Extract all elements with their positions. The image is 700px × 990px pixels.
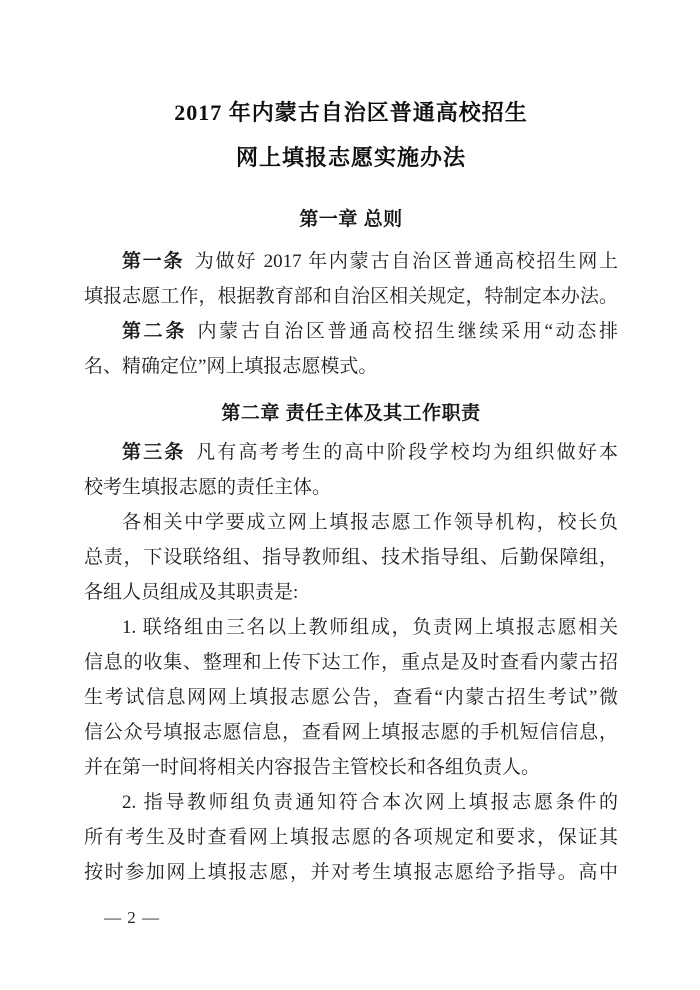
paragraph-line: 第三条凡有高考考生的高中阶段学校均为组织做好本: [84, 435, 618, 470]
title-line-1: 2017 年内蒙古自治区普通高校招生: [84, 90, 618, 135]
paragraph-line: 信息的收集、整理和上传下达工作，重点是及时查看内蒙古招: [84, 645, 618, 680]
title-line-2: 网上填报志愿实施办法: [84, 135, 618, 180]
chapter-1-heading: 第一章 总则: [84, 206, 618, 234]
article-2-label: 第二条: [122, 321, 187, 342]
chapter-2-heading: 第二章 责任主体及其工作职责: [84, 400, 618, 428]
paragraph-line: 1. 联络组由三名以上教师组成，负责网上填报志愿相关: [84, 610, 618, 645]
paragraph-line: 按时参加网上填报志愿，并对考生填报志愿给予指导。高中: [84, 855, 618, 890]
paragraph-line: 2. 指导教师组负责通知符合本次网上填报志愿条件的: [84, 785, 618, 820]
paragraph-line: 并在第一时间将相关内容报告主管校长和各组负责人。: [84, 750, 618, 785]
paragraph-text: 凡有高考考生的高中阶段学校均为组织做好本: [196, 442, 618, 463]
document-title: 2017 年内蒙古自治区普通高校招生 网上填报志愿实施办法: [84, 90, 618, 180]
paragraph-line: 信公众号填报志愿信息，查看网上填报志愿的手机短信信息，: [84, 715, 618, 750]
paragraph-line: 名、精确定位”网上填报志愿模式。: [84, 349, 618, 384]
paragraph-line: 生考试信息网网上填报志愿公告，查看“内蒙古招生考试”微: [84, 680, 618, 715]
document-content: 2017 年内蒙古自治区普通高校招生 网上填报志愿实施办法 第一章 总则 第一条…: [0, 0, 700, 890]
paragraph-text: 为做好 2017 年内蒙古自治区普通高校招生网上: [195, 251, 618, 272]
page-number: — 2 —: [104, 908, 160, 928]
paragraph-line: 各组人员组成及其职责是:: [84, 575, 618, 610]
chapter-1-body: 第一条为做好 2017 年内蒙古自治区普通高校招生网上 填报志愿工作，根据教育部…: [84, 244, 618, 384]
scanned-document-page: 2017 年内蒙古自治区普通高校招生 网上填报志愿实施办法 第一章 总则 第一条…: [0, 0, 700, 990]
paragraph-line: 所有考生及时查看网上填报志愿的各项规定和要求，保证其: [84, 820, 618, 855]
paragraph-line: 校考生填报志愿的责任主体。: [84, 470, 618, 505]
paragraph-line: 总责，下设联络组、指导教师组、技术指导组、后勤保障组，: [84, 540, 618, 575]
paragraph-line: 第一条为做好 2017 年内蒙古自治区普通高校招生网上: [84, 244, 618, 279]
article-1-label: 第一条: [122, 251, 184, 272]
chapter-2-body: 第三条凡有高考考生的高中阶段学校均为组织做好本 校考生填报志愿的责任主体。 各相…: [84, 435, 618, 890]
paragraph-line: 填报志愿工作，根据教育部和自治区相关规定，特制定本办法。: [84, 279, 618, 314]
article-3-label: 第三条: [122, 442, 186, 463]
paragraph-line: 各相关中学要成立网上填报志愿工作领导机构，校长负: [84, 505, 618, 540]
paragraph-line: 第二条内蒙古自治区普通高校招生继续采用“动态排: [84, 314, 618, 349]
paragraph-text: 内蒙古自治区普通高校招生继续采用“动态排: [198, 321, 618, 342]
